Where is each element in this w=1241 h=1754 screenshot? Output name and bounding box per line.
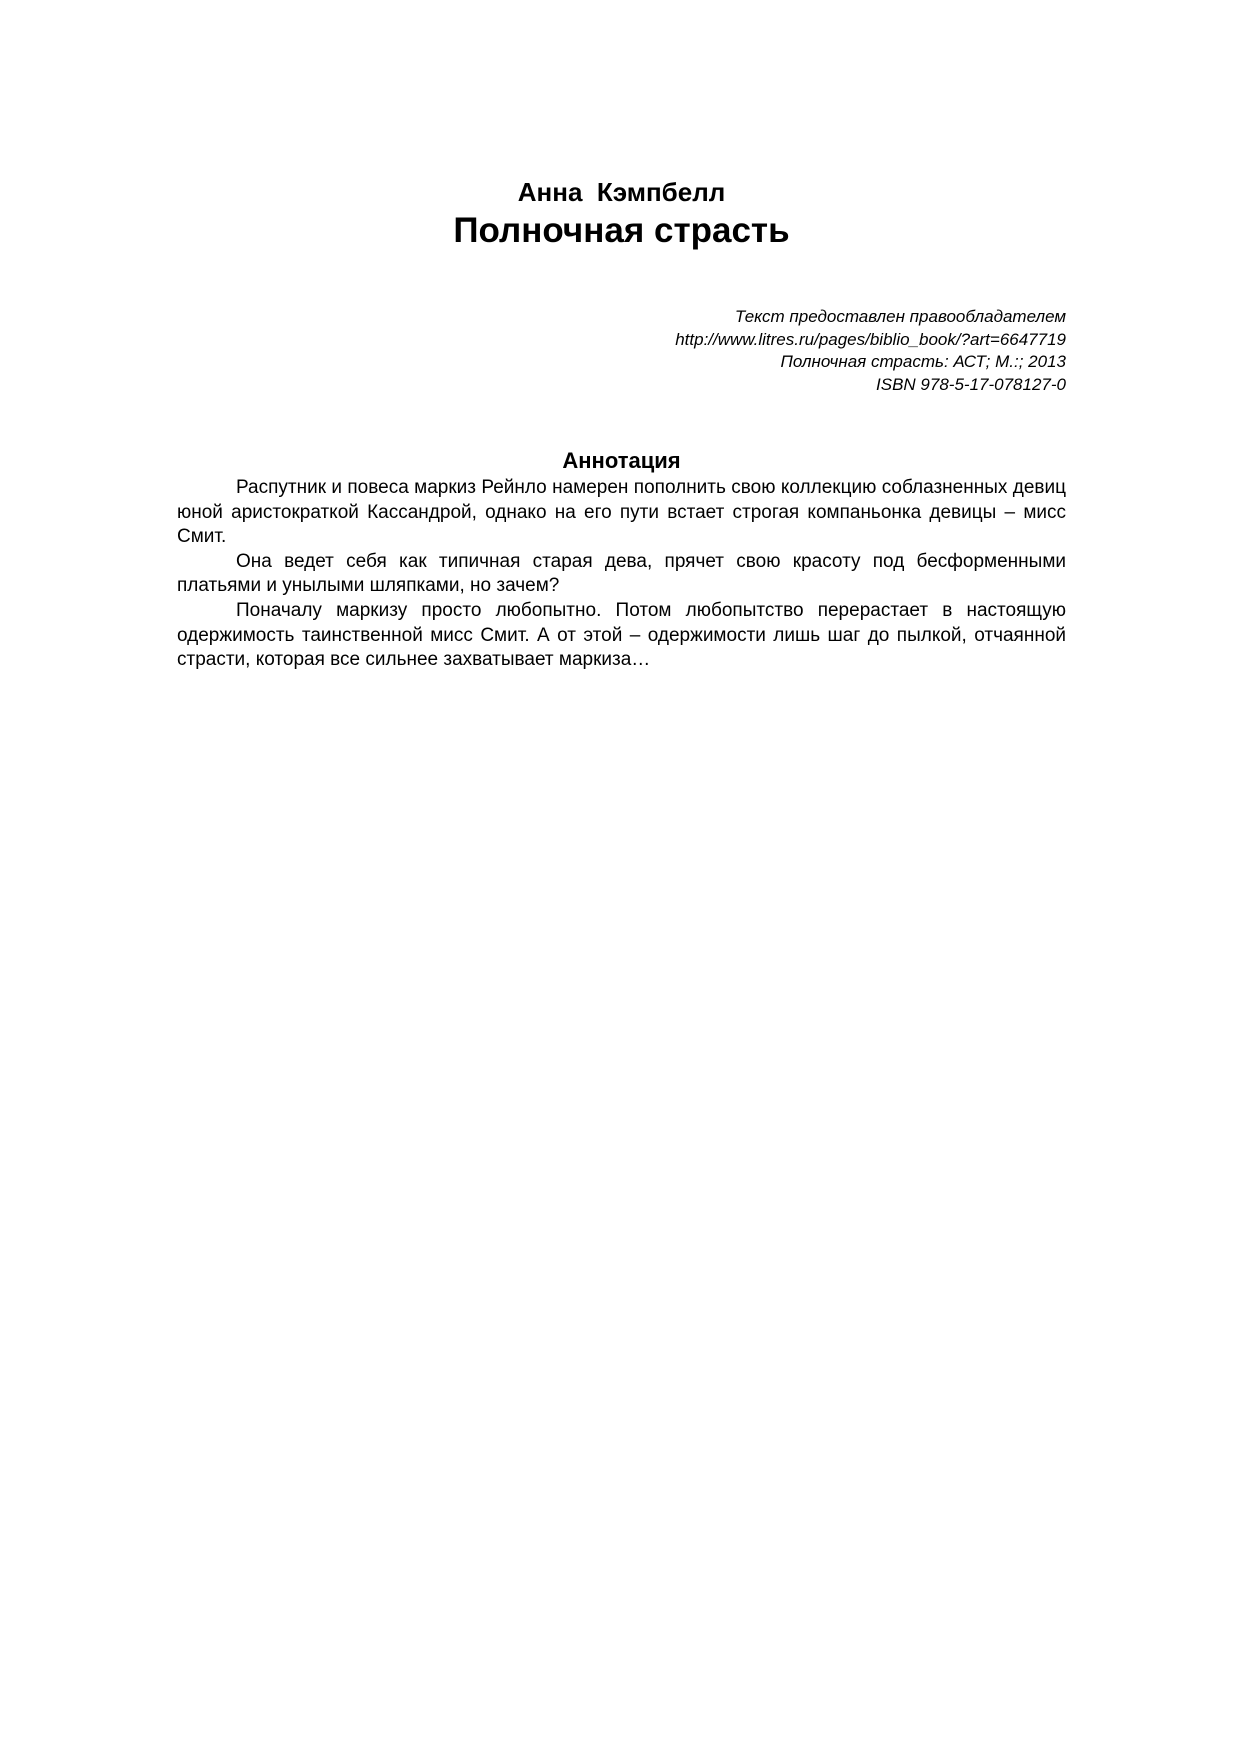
- annotation-paragraph: Поначалу маркизу просто любопытно. Потом…: [177, 599, 1066, 673]
- source-url: http://www.litres.ru/pages/biblio_book/?…: [177, 329, 1066, 352]
- book-title: Полночная страсть: [177, 210, 1066, 252]
- annotation-paragraph: Распутник и повеса маркиз Рейнло намерен…: [177, 476, 1066, 550]
- publication-details: Полночная страсть: АСТ; М.:; 2013: [177, 351, 1066, 374]
- publication-info: Текст предоставлен правообладателем http…: [177, 306, 1066, 396]
- book-author: Анна Кэмпбелл: [177, 176, 1066, 208]
- annotation-paragraph: Она ведет себя как типичная старая дева,…: [177, 550, 1066, 599]
- annotation-body: Распутник и повеса маркиз Рейнло намерен…: [177, 476, 1066, 673]
- rights-holder-note: Текст предоставлен правообладателем: [177, 306, 1066, 329]
- isbn: ISBN 978-5-17-078127-0: [177, 374, 1066, 397]
- annotation-heading: Аннотация: [177, 447, 1066, 475]
